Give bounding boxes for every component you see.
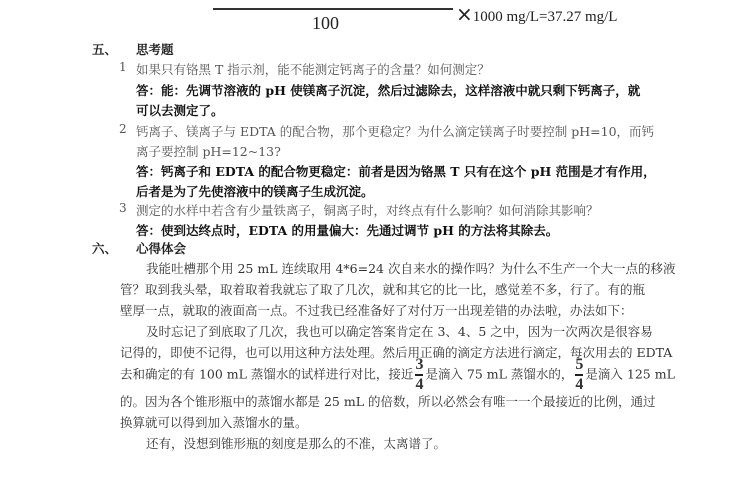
question-3-number: 3 bbox=[119, 201, 127, 215]
fraction-five-quarters: 54 bbox=[575, 357, 583, 393]
section-6-title: 心得体会 bbox=[136, 239, 186, 257]
reflection-p2-line3-b: 是滴入 75 mL 蒸馏水的， bbox=[425, 367, 573, 382]
fraction-denominator: 4 bbox=[415, 377, 423, 393]
reflection-p2-line3: 去和确定的有 100 mL 蒸馏水的试样进行对比，接近34是滴入 75 mL 蒸… bbox=[120, 357, 675, 393]
section-6-number: 六、 bbox=[92, 239, 117, 257]
fraction-three-quarters: 34 bbox=[415, 357, 423, 393]
answer-1-line2: 可以去测定了。 bbox=[136, 101, 224, 119]
formula-denominator: 100 bbox=[312, 13, 339, 34]
formula-numerator-cut: ··· ··· ··· ··· bbox=[225, 0, 312, 8]
question-2-text-line1: 钙离子、镁离子与 EDTA 的配合物，那个更稳定？为什么滴定镁离子时要控制 pH… bbox=[136, 122, 654, 140]
question-1-text: 如果只有铬黑 T 指示剂，能不能测定钙离子的含量？如何测定？ bbox=[136, 60, 490, 78]
reflection-p2-line3-c: 是滴入 125 mL bbox=[585, 367, 674, 382]
reflection-p1-line1: 我能吐槽那个用 25 mL 连续取用 4*6=24 次自来水的操作吗？为什么不生… bbox=[146, 259, 675, 277]
reflection-p1-line2: 管？取到我头晕，取着取着我就忘了取了几次，就和其它的比一比，感觉差不多，行了。有… bbox=[120, 280, 645, 298]
reflection-p2-line5: 换算就可以得到加入蒸馏水的量。 bbox=[120, 413, 308, 431]
question-3-text: 测定的水样中若含有少量铁离子，铜离子时，对终点有什么影响？如何消除其影响？ bbox=[136, 201, 599, 219]
question-1-number: 1 bbox=[119, 60, 127, 74]
reflection-p2-line3-a: 去和确定的有 100 mL 蒸馏水的试样进行对比，接近 bbox=[120, 367, 413, 382]
document-page: ··· ··· ··· ··· 100 ×1000 mg/L=37.27 mg/… bbox=[0, 0, 750, 500]
reflection-p3-line1: 还有，没想到锥形瓶的刻度是那么的不准，太离谱了。 bbox=[146, 434, 446, 452]
question-2-number: 2 bbox=[119, 122, 127, 136]
section-5-number: 五、 bbox=[92, 40, 117, 58]
formula-rhs-text: 1000 mg/L=37.27 mg/L bbox=[473, 9, 618, 25]
section-5-title: 思考题 bbox=[136, 40, 174, 58]
multiply-sign: × bbox=[456, 2, 473, 26]
fraction-numerator: 3 bbox=[415, 357, 423, 373]
answer-2-line1: 答：钙离子和 EDTA 的配合物更稳定：前者是因为铬黑 T 只有在这个 pH 范… bbox=[136, 162, 656, 180]
fraction-denominator: 4 bbox=[575, 377, 583, 393]
fraction-numerator: 5 bbox=[575, 357, 583, 373]
reflection-p1-line3: 壁厚一点，就取的液面高一点。不过我已经准备好了对付万一出现差错的办法啦，办法如下… bbox=[120, 301, 633, 319]
formula-result: ×1000 mg/L=37.27 mg/L bbox=[456, 2, 617, 26]
answer-3-line1: 答：使到达终点时，EDTA 的用量偏大：先通过调节 pH 的方法将其除去。 bbox=[136, 221, 558, 239]
reflection-p2-line4: 的。因为各个锥形瓶中的蒸馏水都是 25 mL 的倍数，所以必然会有唯一一个最接近… bbox=[120, 392, 655, 410]
fraction-bar bbox=[213, 8, 453, 10]
reflection-p2-line1: 及时忘记了到底取了几次，我也可以确定答案肯定在 3、4、5 之中，因为一次两次是… bbox=[146, 322, 653, 340]
answer-2-line2: 后者是为了先使溶液中的镁离子生成沉淀。 bbox=[136, 182, 374, 200]
question-2-text-line2: 离子要控制 pH=12~13? bbox=[136, 142, 281, 160]
answer-1-line1: 答：能：先调节溶液的 pH 使镁离子沉淀，然后过滤除去，这样溶液中就只剩下钙离子… bbox=[136, 81, 640, 99]
